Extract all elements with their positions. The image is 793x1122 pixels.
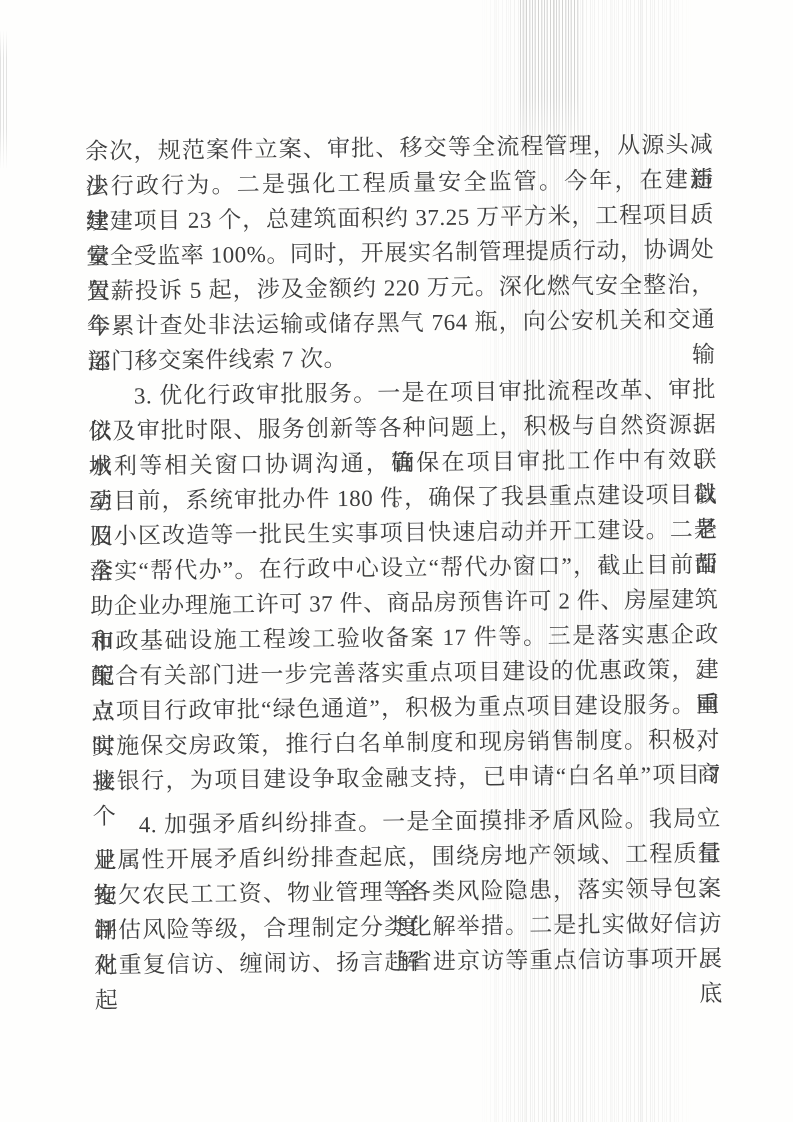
paragraph: 4. 加强矛盾纠纷排查。一是全面摸排矛盾风险。我局立足行 业属性开展矛盾纠纷排查… [93, 801, 723, 983]
document-body-text: 余次，规范案件立案、审批、移交等全流程管理，从源头减少违 法行政行为。二是强化工… [85, 127, 723, 983]
paragraph: 余次，规范案件立案、审批、移交等全流程管理，从源头减少违 法行政行为。二是强化工… [85, 127, 716, 379]
text-line: 业银行，为项目建设争取金融支持，已申请“白名单”项目 7 个。 [92, 757, 720, 799]
text-line: 年累计查处非法运输或储存黑气 764 瓶，向公安机关和交通运输 [87, 302, 715, 344]
text-line: 对重复信访、缠闹访、扬言赴省进京访等重点信访事项开展起底 [94, 941, 722, 983]
scan-noise-left-edge [0, 30, 7, 170]
scanned-page: 余次，规范案件立案、审批、移交等全流程管理，从源头减少违 法行政行为。二是强化工… [0, 0, 793, 1122]
paragraph: 3. 优化行政审批服务。一是在项目审批流程改革、审批依据 以及审批时限、服务创新… [88, 372, 721, 799]
